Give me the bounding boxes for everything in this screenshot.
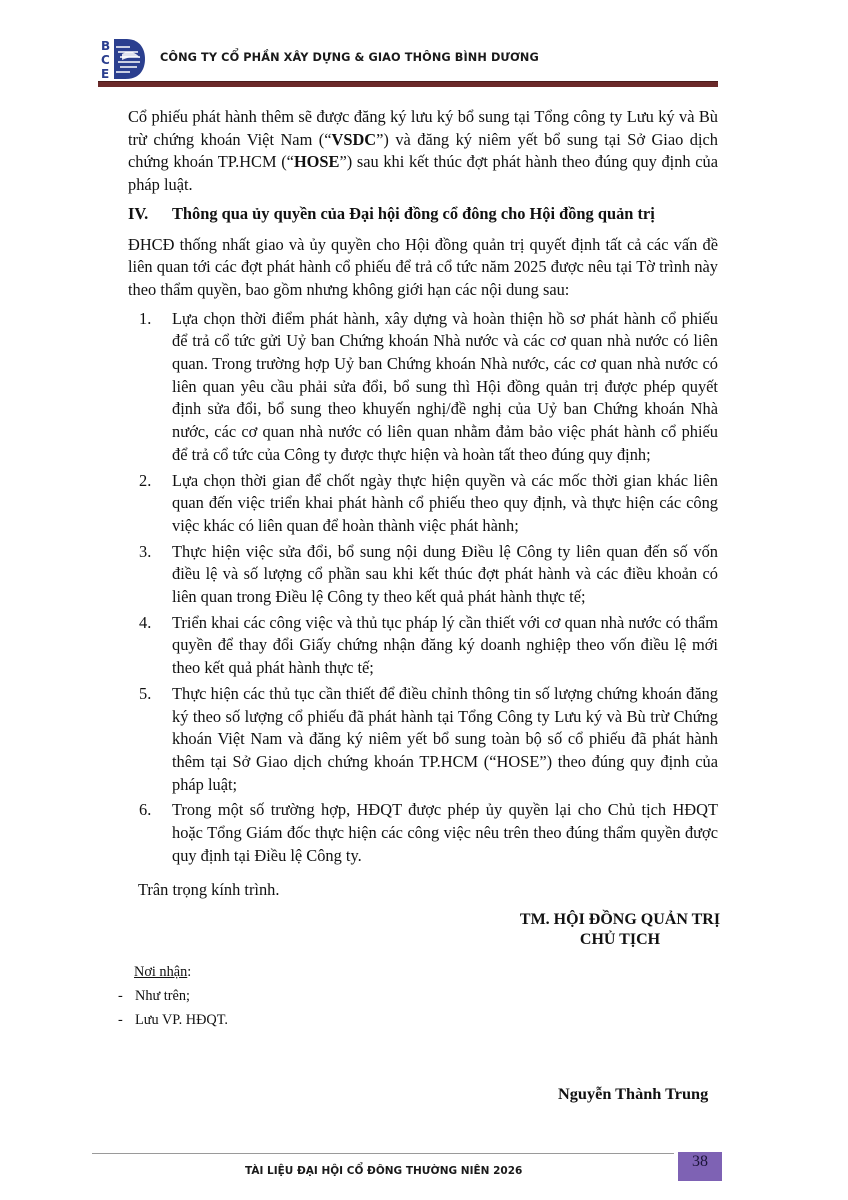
footer-title: TÀI LIỆU ĐẠI HỘI CỔ ĐÔNG THƯỜNG NIÊN 202… (245, 1165, 522, 1177)
recipients-heading-colon: : (187, 964, 191, 980)
page-header: B C E CÔNG TY CỔ PHẦN XÂY DỰNG & GIAO TH… (98, 38, 718, 84)
authorization-list: 1.Lựa chọn thời điểm phát hành, xây dựng… (128, 308, 718, 868)
signer-name: Nguyễn Thành Trung (558, 1084, 708, 1104)
list-item-number: 5. (128, 683, 172, 797)
list-item-number: 2. (128, 470, 172, 538)
svg-text:C: C (101, 53, 110, 67)
list-item: 5.Thực hiện các thủ tục cần thiết để điề… (128, 683, 718, 797)
vsdc-abbrev: VSDC (332, 130, 377, 149)
list-item-text: Trong một số trường hợp, HĐQT được phép … (172, 799, 718, 867)
list-item: 2.Lựa chọn thời gian để chốt ngày thực h… (128, 470, 718, 538)
signature-title: TM. HỘI ĐỒNG QUẢN TRỊ (470, 910, 770, 930)
section-intro: ĐHCĐ thống nhất giao và ủy quyền cho Hội… (128, 234, 718, 302)
page-number: 38 (678, 1153, 722, 1171)
closing-line: Trân trọng kính trình. (138, 879, 718, 902)
section-title: Thông qua ủy quyền của Đại hội đồng cổ đ… (172, 203, 655, 226)
list-item-number: 4. (128, 612, 172, 680)
page-number-box: 38 (678, 1152, 722, 1181)
list-item: 1.Lựa chọn thời điểm phát hành, xây dựng… (128, 308, 718, 467)
signature-role: CHỦ TỊCH (470, 930, 770, 950)
list-item-number: 1. (128, 308, 172, 467)
list-item: 3.Thực hiện việc sửa đổi, bổ sung nội du… (128, 541, 718, 609)
recipient-item: -Như trên; (134, 984, 228, 1008)
recipient-text: Lưu VP. HĐQT. (135, 1008, 228, 1032)
bullet-dash: - (118, 1008, 135, 1032)
list-item: 6.Trong một số trường hợp, HĐQT được phé… (128, 799, 718, 867)
list-item: 4.Triển khai các công việc và thủ tục ph… (128, 612, 718, 680)
bullet-dash: - (118, 984, 135, 1008)
company-name: CÔNG TY CỔ PHẦN XÂY DỰNG & GIAO THÔNG BÌ… (160, 51, 539, 64)
list-item-text: Lựa chọn thời gian để chốt ngày thực hiệ… (172, 470, 718, 538)
hose-abbrev: HOSE (294, 152, 340, 171)
list-item-text: Thực hiện việc sửa đổi, bổ sung nội dung… (172, 541, 718, 609)
list-item-text: Thực hiện các thủ tục cần thiết để điều … (172, 683, 718, 797)
list-item-number: 6. (128, 799, 172, 867)
svg-text:B: B (101, 39, 110, 53)
list-item-text: Lựa chọn thời điểm phát hành, xây dựng v… (172, 308, 718, 467)
recipients-block: Nơi nhận: -Như trên;-Lưu VP. HĐQT. (134, 960, 228, 1032)
recipient-item: -Lưu VP. HĐQT. (134, 1008, 228, 1032)
document-body: Cổ phiếu phát hành thêm sẽ được đăng ký … (128, 106, 718, 901)
footer-divider (92, 1153, 674, 1154)
section-heading: IV. Thông qua ủy quyền của Đại hội đồng … (128, 203, 718, 226)
list-item-text: Triển khai các công việc và thủ tục pháp… (172, 612, 718, 680)
company-logo-icon: B C E (100, 38, 146, 80)
recipient-text: Như trên; (135, 984, 190, 1008)
header-divider (98, 81, 718, 87)
intro-paragraph: Cổ phiếu phát hành thêm sẽ được đăng ký … (128, 106, 718, 197)
recipients-heading: Nơi nhận (134, 964, 187, 980)
svg-text:E: E (101, 67, 109, 80)
list-item-number: 3. (128, 541, 172, 609)
section-number: IV. (128, 203, 172, 226)
signature-block: TM. HỘI ĐỒNG QUẢN TRỊ CHỦ TỊCH (470, 910, 770, 950)
